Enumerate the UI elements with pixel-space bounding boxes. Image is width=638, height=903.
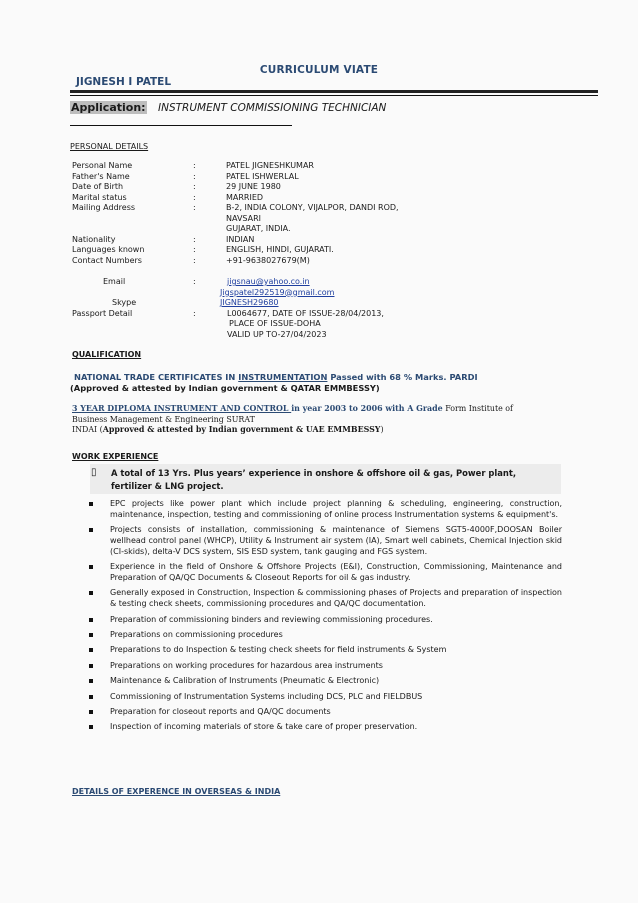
bullet-square-icon — [89, 648, 93, 652]
value-marital-status: MARRIED — [226, 193, 263, 204]
colon: : — [193, 193, 196, 204]
email-link-yahoo[interactable]: jigsnau@yahoo.co.in — [227, 277, 310, 288]
diploma-line3-prefix: INDAI ( — [72, 425, 103, 434]
value-contact-numbers: +91-9638027679(M) — [226, 256, 310, 267]
value-personal-name: PATEL JIGNESHKUMAR — [226, 161, 314, 172]
bullet-square-icon — [89, 618, 93, 622]
bullet-text: EPC projects like power plant which incl… — [110, 499, 562, 519]
list-item: Preparations to do Inspection & testing … — [86, 645, 450, 656]
passport-line-3: VALID UP TO-27/04/2023 — [227, 330, 327, 341]
list-item: Preparations on commissioning procedures — [86, 630, 562, 641]
value-languages: ENGLISH, HINDI, GUJARATI. — [226, 245, 334, 256]
label-nationality: Nationality — [72, 235, 115, 246]
qualification-ntc: NATIONAL TRADE CERTIFICATES IN INSTRUMEN… — [74, 372, 478, 382]
bullet-square-icon — [89, 528, 93, 532]
bullet-square-icon — [89, 695, 93, 699]
diploma-title: 3 YEAR DIPLOMA INSTRUMENT AND CONTROL — [72, 404, 291, 413]
bullet-text: Maintenance & Calibration of Instruments… — [110, 676, 379, 685]
colon: : — [193, 309, 196, 320]
value-date-of-birth: 29 JUNE 1980 — [226, 182, 281, 193]
colon: : — [193, 161, 196, 172]
ntc-subject: INSTRUMENTATION — [238, 372, 327, 382]
bullet-text: Preparation for closeout reports and QA/… — [110, 707, 331, 716]
colon: : — [193, 172, 196, 183]
email-link-gmail[interactable]: Jigspatel292519@gmail.com — [220, 288, 334, 299]
overseas-experience-heading: DETAILS OF EXPERENCE IN OVERSEAS & INDIA — [72, 787, 280, 796]
bullet-square-icon — [89, 502, 93, 506]
bullet-text: Preparations on working procedures for h… — [110, 661, 383, 670]
header-divider — [70, 90, 598, 93]
list-item: Projects consists of installation, commi… — [86, 525, 562, 557]
skype-link[interactable]: JIGNESH29680 — [220, 298, 279, 309]
label-mailing-address: Mailing Address — [72, 203, 135, 214]
list-item: Preparation for closeout reports and QA/… — [86, 707, 562, 718]
work-experience-heading: WORK EXPERIENCE — [72, 452, 158, 461]
bullet-square-icon — [89, 633, 93, 637]
label-marital-status: Marital status — [72, 193, 127, 204]
diploma-attestation: Approved & attested by Indian government… — [103, 425, 381, 434]
qualification-diploma: 3 YEAR DIPLOMA INSTRUMENT AND CONTROL in… — [72, 404, 542, 436]
diploma-years: in year 2003 to 2006 with A Grade — [291, 404, 443, 413]
bullet-square-icon — [89, 591, 93, 595]
colon: : — [193, 245, 196, 256]
label-date-of-birth: Date of Birth — [72, 182, 123, 193]
colon: : — [193, 235, 196, 246]
list-item: Experience in the field of Onshore & Off… — [86, 562, 562, 584]
experience-summary: A total of 13 Yrs. Plus years’ experienc… — [111, 467, 551, 493]
bullet-square-icon — [89, 725, 93, 729]
list-item: Preparation of commissioning binders and… — [86, 615, 562, 626]
bullet-square-icon — [89, 565, 93, 569]
bullet-square-icon — [89, 664, 93, 668]
value-nationality: INDIAN — [226, 235, 254, 246]
value-mailing-address-line2: NAVSARI — [226, 214, 261, 225]
bullet-text: Projects consists of installation, commi… — [110, 525, 562, 556]
application-value: INSTRUMENT COMMISSIONING TECHNICIAN — [158, 102, 386, 114]
bullet-square-icon — [89, 710, 93, 714]
diploma-line3-suffix: ) — [380, 425, 383, 434]
label-personal-name: Personal Name — [72, 161, 132, 172]
bullet-text: Preparations to do Inspection & testing … — [110, 645, 446, 654]
colon: : — [193, 256, 196, 267]
list-item: Maintenance & Calibration of Instruments… — [86, 676, 562, 687]
bullet-text: Preparation of commissioning binders and… — [110, 615, 433, 624]
list-item: Inspection of incoming materials of stor… — [86, 722, 562, 733]
colon: : — [193, 203, 196, 214]
bullet-square-icon — [89, 679, 93, 683]
value-fathers-name: PATEL ISHWERLAL — [226, 172, 299, 183]
label-email: Email — [103, 277, 125, 288]
value-mailing-address-line3: GUJARAT, INDIA. — [226, 224, 291, 235]
value-mailing-address: B-2, INDIA COLONY, VIJALPOR, DANDI ROD, — [226, 203, 399, 214]
label-contact-numbers: Contact Numbers — [72, 256, 142, 267]
qualification-heading: QUALIFICATION — [72, 350, 141, 359]
bullet-text: Commissioning of Instrumentation Systems… — [110, 692, 422, 701]
colon: : — [193, 182, 196, 193]
header-divider-thin — [70, 95, 598, 96]
document-title: CURRICULUM VIATE — [0, 64, 638, 76]
colon: : — [193, 277, 196, 288]
bullet-text: Inspection of incoming materials of stor… — [110, 722, 417, 731]
passport-line-2: PLACE OF ISSUE-DOHA — [229, 319, 321, 330]
bullet-text: Preparations on commissioning procedures — [110, 630, 283, 639]
bullet-text: Experience in the field of Onshore & Off… — [110, 562, 562, 582]
passport-line-1: L0064677, DATE OF ISSUE-28/04/2013, — [227, 309, 384, 320]
list-item: EPC projects like power plant which incl… — [86, 499, 562, 521]
application-label: Application: — [70, 101, 147, 114]
list-item: Generally exposed in Construction, Inspe… — [86, 588, 562, 610]
personal-details-heading: PERSONAL DETAILS — [70, 142, 148, 151]
ntc-prefix: NATIONAL TRADE CERTIFICATES IN — [74, 372, 238, 382]
label-skype: Skype — [112, 298, 136, 309]
label-passport: Passport Detail — [72, 309, 132, 320]
work-bullet-list: EPC projects like power plant which incl… — [86, 499, 562, 738]
candidate-name: JIGNESH I PATEL — [76, 76, 171, 88]
list-item: Commissioning of Instrumentation Systems… — [86, 692, 430, 703]
label-fathers-name: Father's Name — [72, 172, 130, 183]
bullet-text: Generally exposed in Construction, Inspe… — [110, 588, 562, 608]
list-item: Preparations on working procedures for h… — [86, 661, 562, 672]
label-languages: Languages known — [72, 245, 144, 256]
checkbox-glyph-icon: ▯ — [91, 467, 97, 478]
section-divider — [70, 125, 292, 126]
ntc-suffix: Passed with 68 % Marks. PARDI — [327, 372, 477, 382]
ntc-attestation: (Approved & attested by Indian governmen… — [70, 383, 380, 393]
